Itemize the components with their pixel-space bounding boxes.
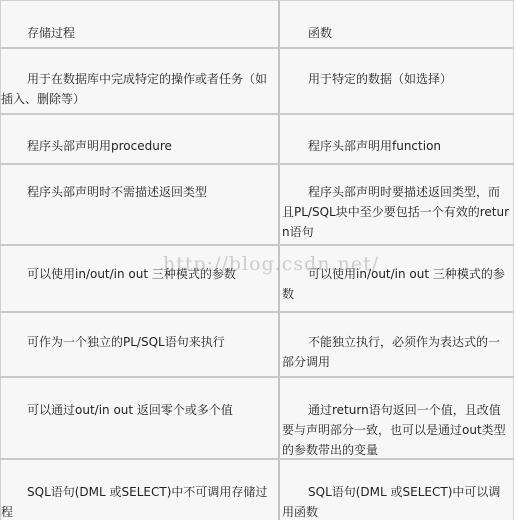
procedure-cell: 程序头部声明用procedure: [0, 115, 278, 164]
procedure-text: 程序头部声明时不需描述返回类型: [1, 182, 274, 202]
function-text: 不能独立执行，必须作为表达式的一部分调用: [282, 332, 509, 372]
procedure-text: SQL语句(DML 或SELECT)中不可调用存储过程: [1, 482, 274, 522]
procedure-cell: 可以通过out/in out 返回零个或多个值: [0, 378, 278, 459]
function-cell: 用于特定的数据（如选择）: [278, 49, 514, 114]
function-cell: SQL语句(DML 或SELECT)中可以调用函数: [278, 460, 514, 520]
function-text: 程序头部声明时要描述返回类型，而且PL/SQL块中至少要包括一个有效的retur…: [282, 182, 509, 242]
procedure-cell: 可作为一个独立的PL/SQL语句来执行: [0, 313, 278, 377]
header-cell-procedure: 存储过程: [0, 1, 278, 48]
procedure-cell: 可以使用in/out/in out 三种模式的参数: [0, 246, 278, 312]
function-text: SQL语句(DML 或SELECT)中可以调用函数: [282, 482, 509, 522]
procedure-text: 可以使用in/out/in out 三种模式的参数: [1, 264, 274, 284]
table-row: 可以使用in/out/in out 三种模式的参数 可以使用in/out/in …: [0, 244, 514, 312]
procedure-cell: 用于在数据库中完成特定的操作或者任务（如插入、删除等）: [0, 49, 278, 114]
function-text: 通过return语句返回一个值，且改值要与声明部分一致，也可以是通过out类型的…: [282, 400, 509, 460]
function-cell: 不能独立执行，必须作为表达式的一部分调用: [278, 313, 514, 377]
table-row: 程序头部声明用procedure 程序头部声明用function: [0, 113, 514, 164]
procedure-text: 程序头部声明用procedure: [1, 136, 274, 156]
header-procedure-label: 存储过程: [1, 23, 274, 43]
function-text: 用于特定的数据（如选择）: [282, 69, 509, 89]
table-header-row: 存储过程 函数: [0, 0, 514, 48]
table-row: 可以通过out/in out 返回零个或多个值 通过return语句返回一个值，…: [0, 376, 514, 459]
procedure-cell: SQL语句(DML 或SELECT)中不可调用存储过程: [0, 460, 278, 520]
procedure-text: 用于在数据库中完成特定的操作或者任务（如插入、删除等）: [1, 69, 274, 109]
header-function-label: 函数: [282, 23, 509, 43]
table-row: SQL语句(DML 或SELECT)中不可调用存储过程 SQL语句(DML 或S…: [0, 458, 514, 520]
procedure-text: 可作为一个独立的PL/SQL语句来执行: [1, 332, 274, 352]
function-cell: 通过return语句返回一个值，且改值要与声明部分一致，也可以是通过out类型的…: [278, 378, 514, 459]
table-row: 可作为一个独立的PL/SQL语句来执行 不能独立执行，必须作为表达式的一部分调用: [0, 311, 514, 377]
table-row: 程序头部声明时不需描述返回类型 程序头部声明时要描述返回类型，而且PL/SQL块…: [0, 163, 514, 245]
function-cell: 程序头部声明用function: [278, 115, 514, 164]
header-cell-function: 函数: [278, 1, 514, 48]
bottom-margin: [0, 520, 515, 531]
function-cell: 程序头部声明时要描述返回类型，而且PL/SQL块中至少要包括一个有效的retur…: [278, 165, 514, 245]
table-row: 用于在数据库中完成特定的操作或者任务（如插入、删除等） 用于特定的数据（如选择）: [0, 47, 514, 114]
function-text: 程序头部声明用function: [282, 136, 509, 156]
function-cell: 可以使用in/out/in out 三种模式的参数: [278, 246, 514, 312]
procedure-cell: 程序头部声明时不需描述返回类型: [0, 165, 278, 245]
function-text: 可以使用in/out/in out 三种模式的参数: [282, 264, 509, 304]
procedure-text: 可以通过out/in out 返回零个或多个值: [1, 400, 274, 420]
